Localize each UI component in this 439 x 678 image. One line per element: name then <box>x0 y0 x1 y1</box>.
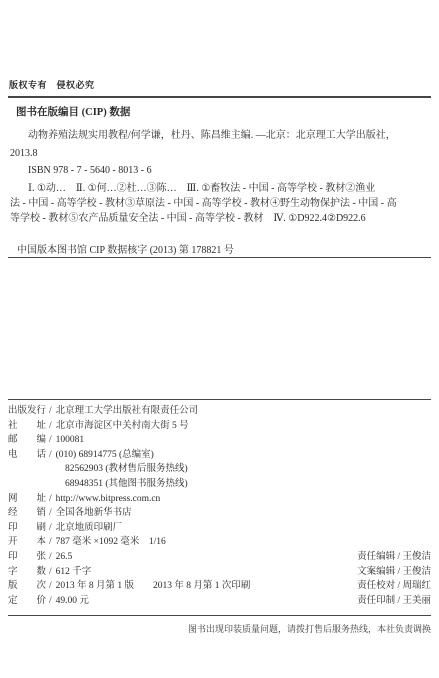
publication-row: 定价/49.00 元责任印制 / 王美丽 <box>8 594 431 609</box>
publication-label: 印刷 <box>8 521 46 536</box>
publication-value: 北京地质印刷厂 <box>56 521 123 536</box>
publication-label: 定价 <box>8 594 46 609</box>
staff-credit: 责任编辑 / 王俊洁 <box>357 550 431 565</box>
publication-label: 版次 <box>8 579 46 594</box>
cip-line: 法 - 中国 - 高等学校 - 教材③草原法 - 中国 - 高等学校 - 教材④… <box>10 197 433 212</box>
label-value-separator: / <box>49 550 52 565</box>
copyright-page: 版权专有 侵权必究 图书在版编目 (CIP) 数据 动物养殖法规实用教程/何学谦… <box>0 0 439 678</box>
publication-value: 北京市海淀区中关村南大街 5 号 <box>56 419 189 434</box>
publication-label: 印张 <box>8 550 46 565</box>
label-value-separator: / <box>49 535 52 550</box>
label-value-separator: / <box>49 433 52 448</box>
quality-note: 图书出现印装质量问题，请拨打售后服务热线，本社负责调换 <box>188 622 431 635</box>
publication-label: 经销 <box>8 506 46 521</box>
staff-credit: 文案编辑 / 王俊洁 <box>357 565 431 580</box>
label-value-separator: / <box>49 506 52 521</box>
publication-label: 电话 <box>8 448 46 463</box>
label-value-separator: / <box>49 579 52 594</box>
publication-row: 字数/612 千字文案编辑 / 王俊洁 <box>8 565 431 580</box>
label-value-separator: / <box>49 404 52 419</box>
publication-row: 网址/http://www.bitpress.com.cn <box>8 492 431 507</box>
divider-top <box>8 96 431 98</box>
cip-classification-block: Ⅰ. ①动… Ⅱ. ①何…②杜…③陈… Ⅲ. ①畜牧法 - 中国 - 高等学校 … <box>10 182 433 226</box>
divider-bottom <box>8 615 431 616</box>
publication-label: 字数 <box>8 565 46 580</box>
publication-label: 出版发行 <box>8 404 46 419</box>
publication-value: http://www.bitpress.com.cn <box>56 492 161 507</box>
label-value-separator: / <box>49 521 52 536</box>
publication-row: 开本/787 毫米 ×1092 毫米 1/16 <box>8 535 431 550</box>
cip-description-block: 动物养殖法规实用教程/何学谦，杜丹、陈昌维主编. —北京：北京理工大学出版社，2… <box>10 127 433 180</box>
staff-credit: 责任校对 / 周瑞红 <box>357 579 431 594</box>
label-value-separator: / <box>49 419 52 434</box>
publication-row: 经销/全国各地新华书店 <box>8 506 431 521</box>
publication-value: 787 毫米 ×1092 毫米 1/16 <box>56 535 166 550</box>
cip-line: 等学校 - 教材⑤农产品质量安全法 - 中国 - 高等学校 - 教材 Ⅳ. ①D… <box>10 212 433 227</box>
publication-label: 邮编 <box>8 433 46 448</box>
divider-middle-upper <box>8 257 431 258</box>
label-value-separator: / <box>49 448 52 463</box>
publication-label: 网址 <box>8 492 46 507</box>
publication-row: 68948351 (其他图书服务热线) <box>8 477 431 492</box>
publication-row: 版次/2013 年 8 月第 1 版 2013 年 8 月第 1 次印刷责任校对… <box>8 579 431 594</box>
cip-line: Ⅰ. ①动… Ⅱ. ①何…②杜…③陈… Ⅲ. ①畜牧法 - 中国 - 高等学校 … <box>10 182 433 197</box>
publication-row: 印张/26.5责任编辑 / 王俊洁 <box>8 550 431 565</box>
publication-row: 邮编/100081 <box>8 433 431 448</box>
publication-label: 社址 <box>8 419 46 434</box>
publication-value: 68948351 (其他图书服务热线) <box>65 477 188 492</box>
publication-info-block: 出版发行/北京理工大学出版社有限责任公司社址/北京市海淀区中关村南大街 5 号邮… <box>8 404 431 608</box>
publication-value: (010) 68914775 (总编室) <box>56 448 154 463</box>
divider-middle-lower <box>8 399 431 400</box>
cip-record-number: 中国版本图书馆 CIP 数据核字 (2013) 第 178821 号 <box>17 241 234 256</box>
publication-row: 电话/(010) 68914775 (总编室) <box>8 448 431 463</box>
publication-row: 出版发行/北京理工大学出版社有限责任公司 <box>8 404 431 419</box>
publication-value: 26.5 <box>56 550 73 565</box>
publication-row: 社址/北京市海淀区中关村南大街 5 号 <box>8 419 431 434</box>
publication-label: 开本 <box>8 535 46 550</box>
publication-value: 全国各地新华书店 <box>56 506 132 521</box>
label-value-separator: / <box>49 565 52 580</box>
label-value-separator: / <box>49 492 52 507</box>
cip-line: 2013.8 <box>10 145 433 163</box>
cip-line: ISBN 978 - 7 - 5640 - 8013 - 6 <box>10 162 433 180</box>
publication-row: 印刷/北京地质印刷厂 <box>8 521 431 536</box>
publication-value: 100081 <box>56 433 85 448</box>
publication-value: 北京理工大学出版社有限责任公司 <box>56 404 199 419</box>
publication-value: 82562903 (教材售后服务热线) <box>65 462 188 477</box>
publication-value: 2013 年 8 月第 1 版 2013 年 8 月第 1 次印刷 <box>56 579 251 594</box>
cip-line: 动物养殖法规实用教程/何学谦，杜丹、陈昌维主编. —北京：北京理工大学出版社， <box>10 127 433 145</box>
label-value-separator: / <box>49 594 52 609</box>
copyright-notice: 版权专有 侵权必究 <box>9 78 95 91</box>
publication-row: 82562903 (教材售后服务热线) <box>8 462 431 477</box>
publication-value: 612 千字 <box>56 565 92 580</box>
cip-heading: 图书在版编目 (CIP) 数据 <box>16 104 130 119</box>
publication-value: 49.00 元 <box>56 594 89 609</box>
staff-credit: 责任印制 / 王美丽 <box>357 594 431 609</box>
